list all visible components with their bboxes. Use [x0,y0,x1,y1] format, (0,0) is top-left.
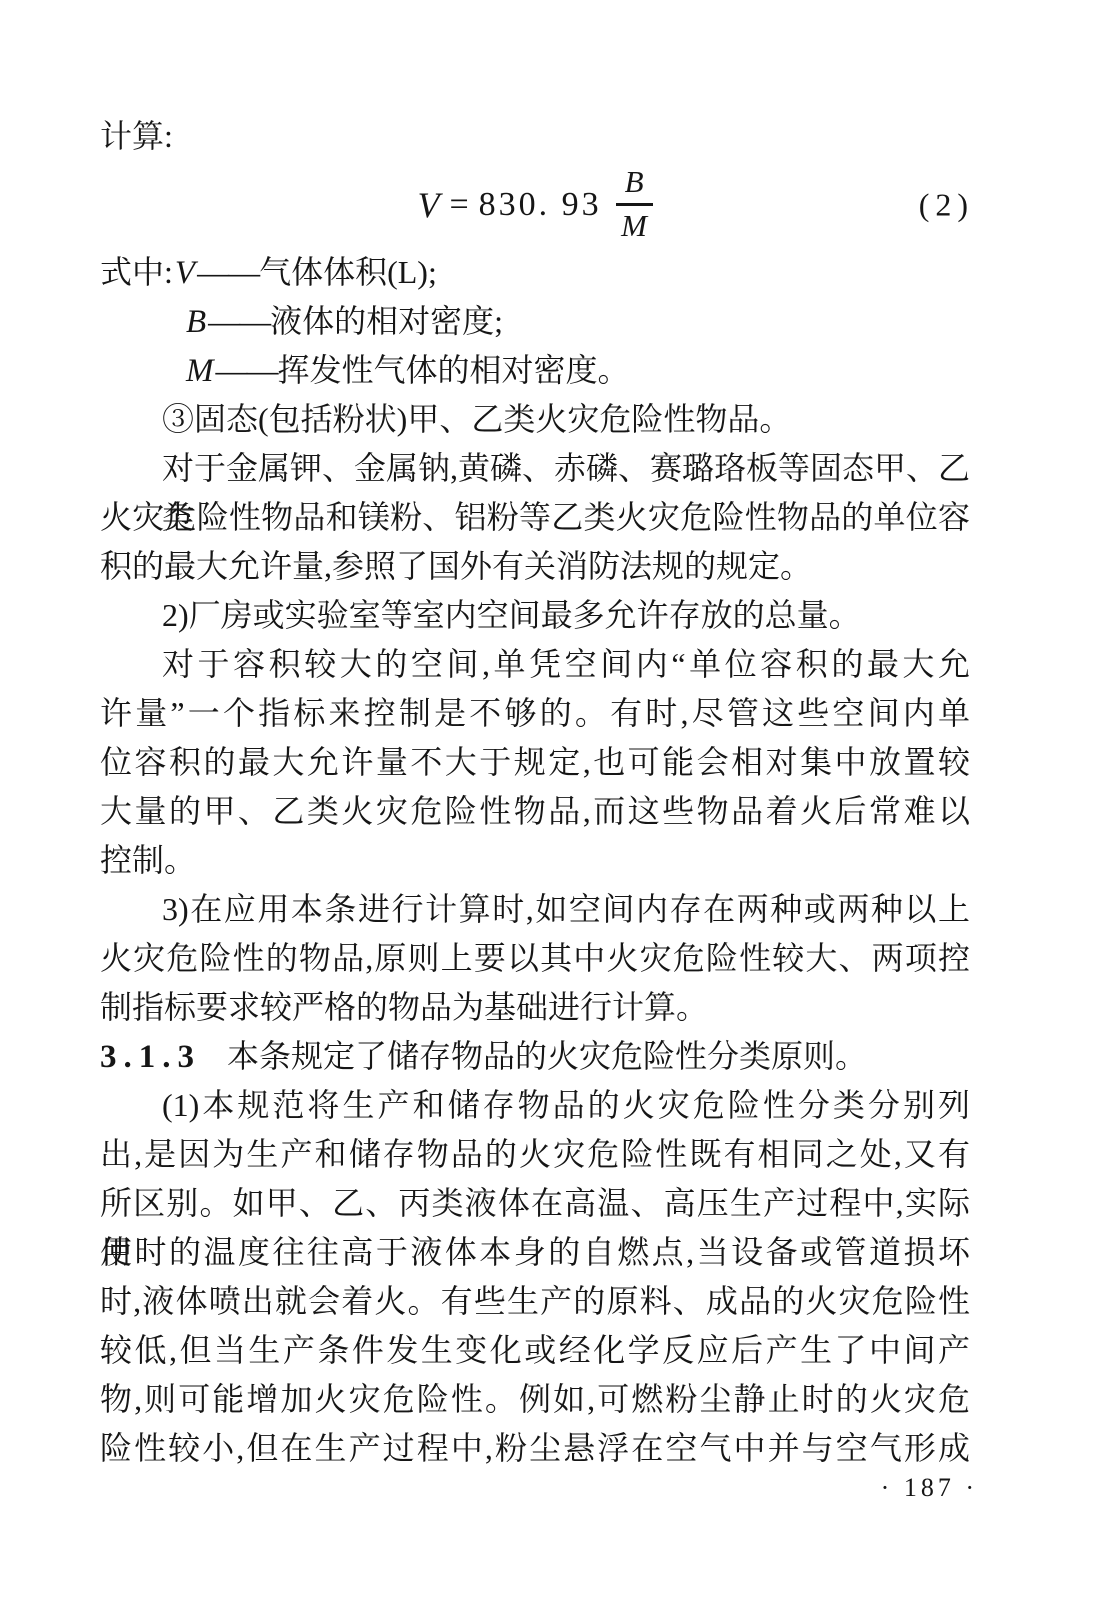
body-paragraph-lines: ③固态(包括粉状)甲、乙类火灾危险性物品。对于金属钾、金属钠,黄磷、赤磷、赛璐珞… [100,395,970,1473]
where-dash: —— [208,303,270,339]
text-line: 2)厂房或实验室等室内空间最多允许存放的总量。 [100,591,970,640]
formula-expression: V=830. 93 B M [417,165,652,243]
where-desc: 挥发性气体的相对密度。 [278,352,630,388]
where-symbol: V [173,255,197,291]
text-line: 用时的温度往往高于液体本身的自燃点,当设备或管道损坏 [100,1228,970,1277]
formula-block: V=830. 93 B M (2) [100,161,970,248]
where-symbol: B [184,304,208,340]
text-line: 时,液体喷出就会着火。有些生产的原料、成品的火灾危险性 [100,1277,970,1326]
where-desc: 气体体积(L); [259,254,437,290]
where-desc: 液体的相对密度; [270,303,503,339]
text-line: 出,是因为生产和储存物品的火灾危险性既有相同之处,又有 [100,1130,970,1179]
text-line: (1)本规范将生产和储存物品的火灾危险性分类分别列 [100,1081,970,1130]
section-number: 3.1.3 [100,1039,201,1075]
document-page: 计算: V=830. 93 B M (2) 式中:V——气体体积(L); B——… [0,0,1094,1600]
where-dash: —— [216,352,278,388]
where-line: B——液体的相对密度; [100,297,970,346]
text-line: 对于金属钾、金属钠,黄磷、赤磷、赛璐珞板等固态甲、乙类 [100,444,970,493]
text-line: 险性较小,但在生产过程中,粉尘悬浮在空气中并与空气形成 [100,1424,970,1473]
text-line: 控制。 [100,836,970,885]
text-line: 火灾危险性物品和镁粉、铝粉等乙类火灾危险性物品的单位容 [100,493,970,542]
text-line: 较低,但当生产条件发生变化或经化学反应后产生了中间产 [100,1326,970,1375]
text-line: 位容积的最大允许量不大于规定,也可能会相对集中放置较 [100,738,970,787]
formula-intro-line: 计算: [100,112,970,161]
equation-number: (2) [919,186,974,223]
fraction-numerator: B [616,165,653,206]
where-symbol: M [184,353,216,389]
text-line: 3)在应用本条进行计算时,如空间内存在两种或两种以上 [100,885,970,934]
text-line: 积的最大允许量,参照了国外有关消防法规的规定。 [100,542,970,591]
fraction-denominator: M [621,206,647,244]
formula-coefficient: 830. 93 [479,186,602,224]
text-line: 3.1.3本条规定了储存物品的火灾危险性分类原则。 [100,1032,970,1081]
formula-fraction: B M [616,165,653,243]
text-line: 火灾危险性的物品,原则上要以其中火灾危险性较大、两项控 [100,934,970,983]
page-number: · 187 · [100,1472,978,1504]
text-line: 所区别。如甲、乙、丙类液体在高温、高压生产过程中,实际使 [100,1179,970,1228]
where-dash: —— [197,254,259,290]
equals-sign: = [449,186,468,224]
where-block: 式中:V——气体体积(L); B——液体的相对密度; M——挥发性气体的相对密度… [100,248,970,395]
text-content: 计算: V=830. 93 B M (2) 式中:V——气体体积(L); B——… [100,112,970,1473]
text-line: ③固态(包括粉状)甲、乙类火灾危险性物品。 [100,395,970,444]
text-line: 大量的甲、乙类火灾危险性物品,而这些物品着火后常难以 [100,787,970,836]
where-prefix: 式中: [100,254,173,290]
text-line: 对于容积较大的空间,单凭空间内“单位容积的最大允 [100,640,970,689]
text-line: 物,则可能增加火灾危险性。例如,可燃粉尘静止时的火灾危 [100,1375,970,1424]
text-line: 制指标要求较严格的物品为基础进行计算。 [100,983,970,1032]
where-line: M——挥发性气体的相对密度。 [100,346,970,395]
text-line: 许量”一个指标来控制是不够的。有时,尽管这些空间内单 [100,689,970,738]
where-line: 式中:V——气体体积(L); [100,248,970,297]
formula-lhs: V [417,184,439,226]
